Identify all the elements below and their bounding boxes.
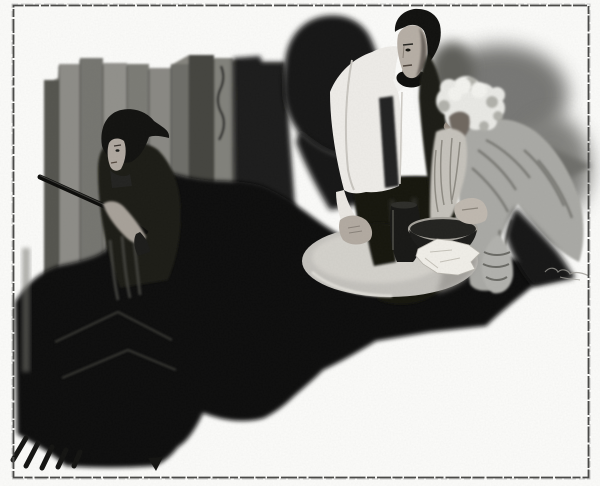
halftone-grain — [0, 0, 600, 486]
illustration-canvas — [0, 0, 600, 486]
illustration-plate — [0, 0, 600, 486]
